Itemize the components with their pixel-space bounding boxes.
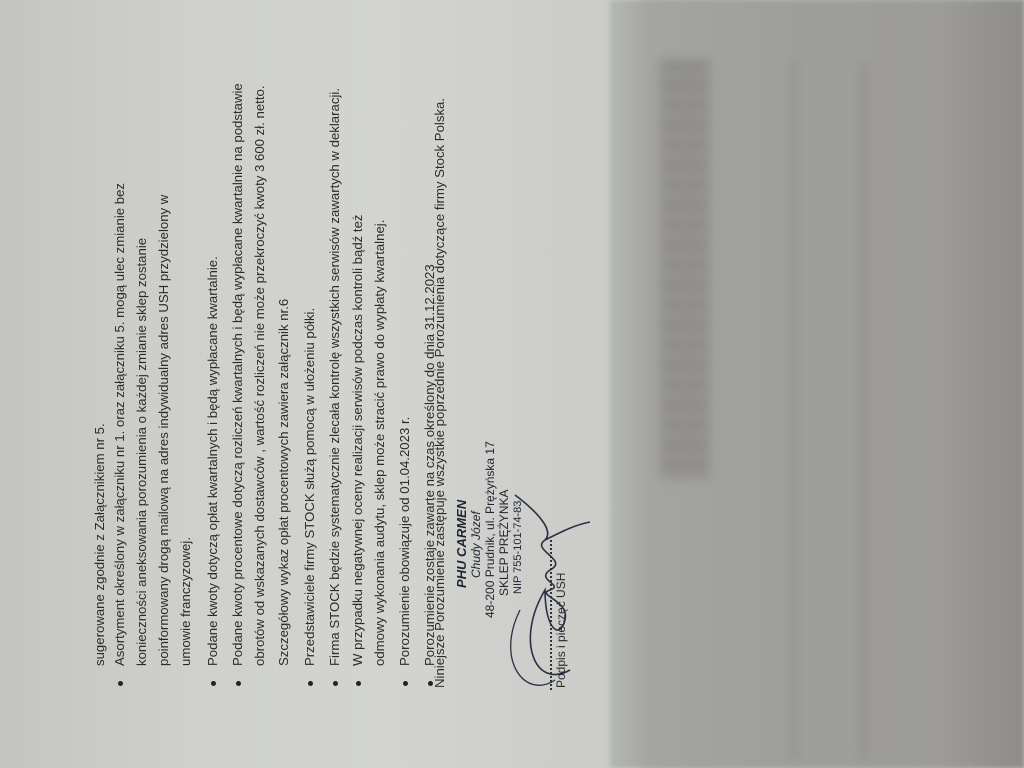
bullet-point: [236, 681, 241, 686]
blurred-next-page: [610, 0, 1024, 768]
bullet-point: [333, 681, 338, 686]
term-line: odmowy wykonania audytu, sklep może stra…: [372, 220, 387, 666]
term-line: konieczności aneksowania porozumienia o …: [134, 238, 149, 666]
term-line: obrotów od wskazanych dostawców , wartoś…: [252, 85, 267, 666]
term-line: Podane kwoty procentowe dotyczą rozlicze…: [230, 83, 245, 666]
term-line: poinformowany drogą mailową na adres ind…: [156, 195, 171, 666]
term-line: Podane kwoty dotyczą opłat kwartalnych i…: [205, 256, 220, 666]
term-line: sugerowane zgodnie z Załącznikiem nr 5.: [92, 423, 107, 666]
term-line: Przedstawiciele firmy STOCK służą pomocą…: [302, 308, 317, 666]
term-line: Porozumienie obowiązuje od 01.04.2023 r.: [397, 417, 412, 666]
term-line: Asortyment określony w załączniku nr 1. …: [112, 183, 127, 666]
term-line: W przypadku negatywnej oceny realizacji …: [350, 214, 365, 666]
closing-statement: Niniejsze Porozumienie zastępuje wszystk…: [432, 98, 447, 688]
term-line: umowie franczyzowej.: [178, 537, 193, 666]
bullet-point: [403, 681, 408, 686]
bullet-point: [118, 681, 123, 686]
term-line: Firma STOCK będzie systematycznie zlecał…: [327, 88, 342, 666]
term-line: Szczegółowy wykaz opłat procentowych zaw…: [276, 299, 291, 666]
document-content: sugerowane zgodnie z Załącznikiem nr 5.A…: [80, 60, 620, 700]
stamp-company: PHU CARMEN: [455, 441, 469, 588]
bullet-point: [356, 681, 361, 686]
bullet-point: [308, 681, 313, 686]
bullet-point: [211, 681, 216, 686]
handwritten-signature: [475, 480, 595, 700]
